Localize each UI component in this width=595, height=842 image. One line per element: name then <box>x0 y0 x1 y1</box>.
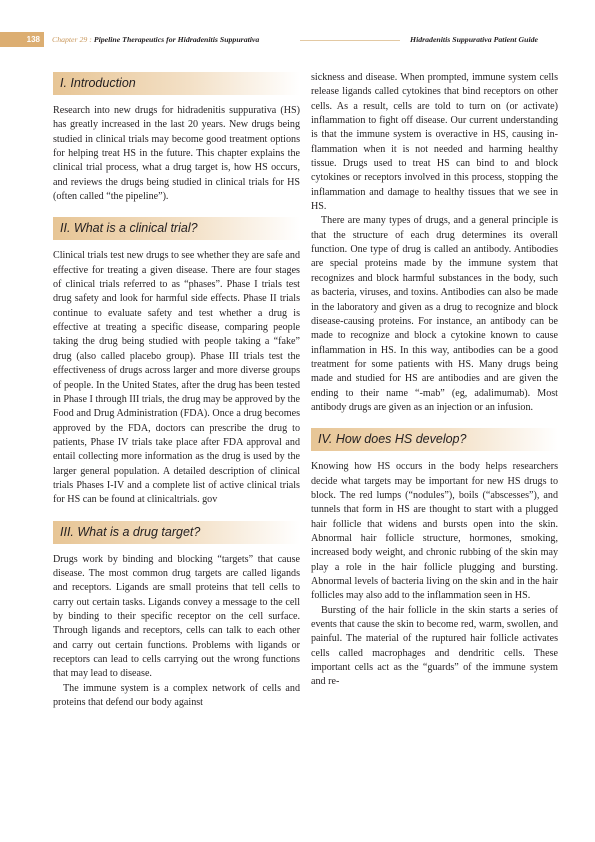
section-heading-drug-target: III. What is a drug target? <box>53 521 300 544</box>
drug-target-paragraph-2-start: The immune system is a complex network o… <box>53 682 300 711</box>
chapter-title: Pipeline Therapeutics for Hidradenitis S… <box>94 35 259 44</box>
drug-target-paragraph-2-cont: sickness and disease. When prompted, imm… <box>311 71 558 214</box>
book-title: Hidradenitis Suppurativa Patient Guide <box>410 33 538 46</box>
hs-develop-paragraph-1: Knowing how HS occurs in the body helps … <box>311 460 558 603</box>
introduction-paragraph: Research into new drugs for hidradenitis… <box>53 104 300 204</box>
page-number: 138 <box>27 35 40 44</box>
chapter-label: Chapter 29 : <box>52 35 94 44</box>
right-column: sickness and disease. When prompted, imm… <box>311 71 558 690</box>
drug-target-paragraph-1: Drugs work by binding and blocking “targ… <box>53 553 300 682</box>
page-number-tab: 138 <box>0 32 44 47</box>
clinical-trial-paragraph: Clinical trials test new drugs to see wh… <box>53 249 300 507</box>
left-column: I. Introduction Research into new drugs … <box>53 72 300 710</box>
section-heading-hs-develop: IV. How does HS develop? <box>311 428 558 451</box>
running-header-chapter: Chapter 29 : Pipeline Therapeutics for H… <box>52 33 259 46</box>
header-divider <box>300 40 400 41</box>
drug-target-paragraph-3: There are many types of drugs, and a gen… <box>311 214 558 415</box>
hs-develop-paragraph-2: Bursting of the hair follicle in the ski… <box>311 604 558 690</box>
section-heading-introduction: I. Introduction <box>53 72 300 95</box>
section-heading-clinical-trial: II. What is a clinical trial? <box>53 217 300 240</box>
